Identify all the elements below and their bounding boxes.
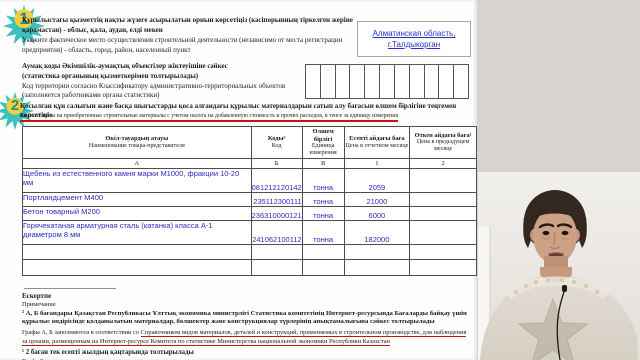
webcam-overlay	[478, 172, 640, 360]
code-cell	[336, 65, 351, 98]
header-unit: Өлшем бірлігіЕдиница измерения	[302, 127, 344, 159]
footnote-separator	[24, 288, 116, 289]
price-prev	[410, 207, 477, 221]
table-row: Бетон товарный М200 236310000121 тонна 6…	[23, 207, 477, 221]
product-unit: тонна	[302, 193, 344, 207]
code-cell	[306, 65, 321, 98]
location-instruction-ru: Укажите фактическое место осуществления …	[22, 36, 358, 55]
code-cell	[350, 65, 365, 98]
price-current: 6000	[344, 207, 410, 221]
product-name: Щебень из естественного камня марки М100…	[23, 169, 252, 193]
code-cell	[321, 65, 336, 98]
region-line-2: г.Талдыкорган	[388, 39, 440, 50]
price-table: Өкіл-тауардың атауыНаименование товара-п…	[22, 126, 477, 276]
product-name: Бетон товарный М200	[23, 207, 252, 221]
code-cell	[454, 65, 468, 98]
footnote-2-ru: Графы А, Б заполняются в соответствии со…	[22, 328, 472, 346]
product-code: 241062100112	[251, 221, 302, 245]
header-code: Коды²Код	[251, 127, 302, 159]
header-name: Өкіл-тауардың атауыНаименование товара-п…	[23, 127, 252, 159]
document-page: 1 Құрылыстағы қызметтің нақты жүзеге асы…	[0, 0, 477, 360]
table-header-row: Өкіл-тауардың атауыНаименование товара-п…	[23, 127, 477, 159]
note-title-ru: Примечание	[22, 301, 472, 309]
note-title-kk: Ескертпе	[22, 292, 472, 301]
code-cell	[425, 65, 440, 98]
price-prev	[410, 169, 477, 193]
header-price-current: Есепті айдағы бағаЦена в отчетном месяце	[344, 127, 410, 159]
red-underlined-text: Укажите цены на приобретенные строительн…	[20, 113, 398, 122]
price-prev	[410, 221, 477, 245]
price-current: 182000	[344, 221, 410, 245]
product-name: Портландцемент М400	[23, 193, 252, 207]
code-cell	[365, 65, 380, 98]
product-unit: тонна	[302, 207, 344, 221]
table-row: Горячекатаная арматурная сталь (катанка)…	[23, 221, 477, 245]
region-box: Алматинская область, г.Талдыкорган	[357, 21, 471, 57]
product-unit: тонна	[302, 169, 344, 193]
region-line-1: Алматинская область,	[373, 28, 456, 39]
location-instruction-kk: Құрылыстағы қызметтің нақты жүзеге асыры…	[22, 16, 358, 35]
code-cell	[380, 65, 395, 98]
price-prev	[410, 193, 477, 207]
code-cell	[439, 65, 454, 98]
table-row-empty	[23, 260, 477, 276]
product-code: 235112300111	[251, 193, 302, 207]
footnote-2-ru-plain: Графы А, Б заполняются в соответствии со	[22, 329, 141, 336]
code-cell	[410, 65, 425, 98]
table-row: Портландцемент М400 235112300111 тонна 2…	[23, 193, 477, 207]
presenter-webcam-image	[478, 172, 640, 360]
price-current: 21000	[344, 193, 410, 207]
territory-code-cells	[305, 64, 469, 99]
table-row-empty	[23, 245, 477, 260]
footnote-1-kk: ¹ 2 баған тек есепті жылдың қаңтарында т…	[22, 348, 472, 357]
price-instruction-ru: Укажите цены на приобретенные строительн…	[20, 112, 472, 120]
product-code: 236310000121	[251, 207, 302, 221]
footnotes: Ескертпе Примечание ² А, Б бағандары Қаз…	[22, 292, 472, 360]
table-row: Щебень из естественного камня марки М100…	[23, 169, 477, 193]
footnote-2-kk: ² А, Б бағандары Қазақстан Республикасы …	[22, 310, 472, 327]
video-frame: 1 Құрылыстағы қызметтің нақты жүзеге асы…	[0, 0, 640, 360]
product-code: 081212120142	[251, 169, 302, 193]
column-letters-row: А Б В 1 2	[23, 159, 477, 169]
product-unit: тонна	[302, 221, 344, 245]
code-cell	[395, 65, 410, 98]
product-name: Горячекатаная арматурная сталь (катанка)…	[23, 221, 252, 245]
price-current: 2059	[344, 169, 410, 193]
header-price-prev: Өткен айдағы баға¹Цена в предыдущем меся…	[410, 127, 477, 159]
